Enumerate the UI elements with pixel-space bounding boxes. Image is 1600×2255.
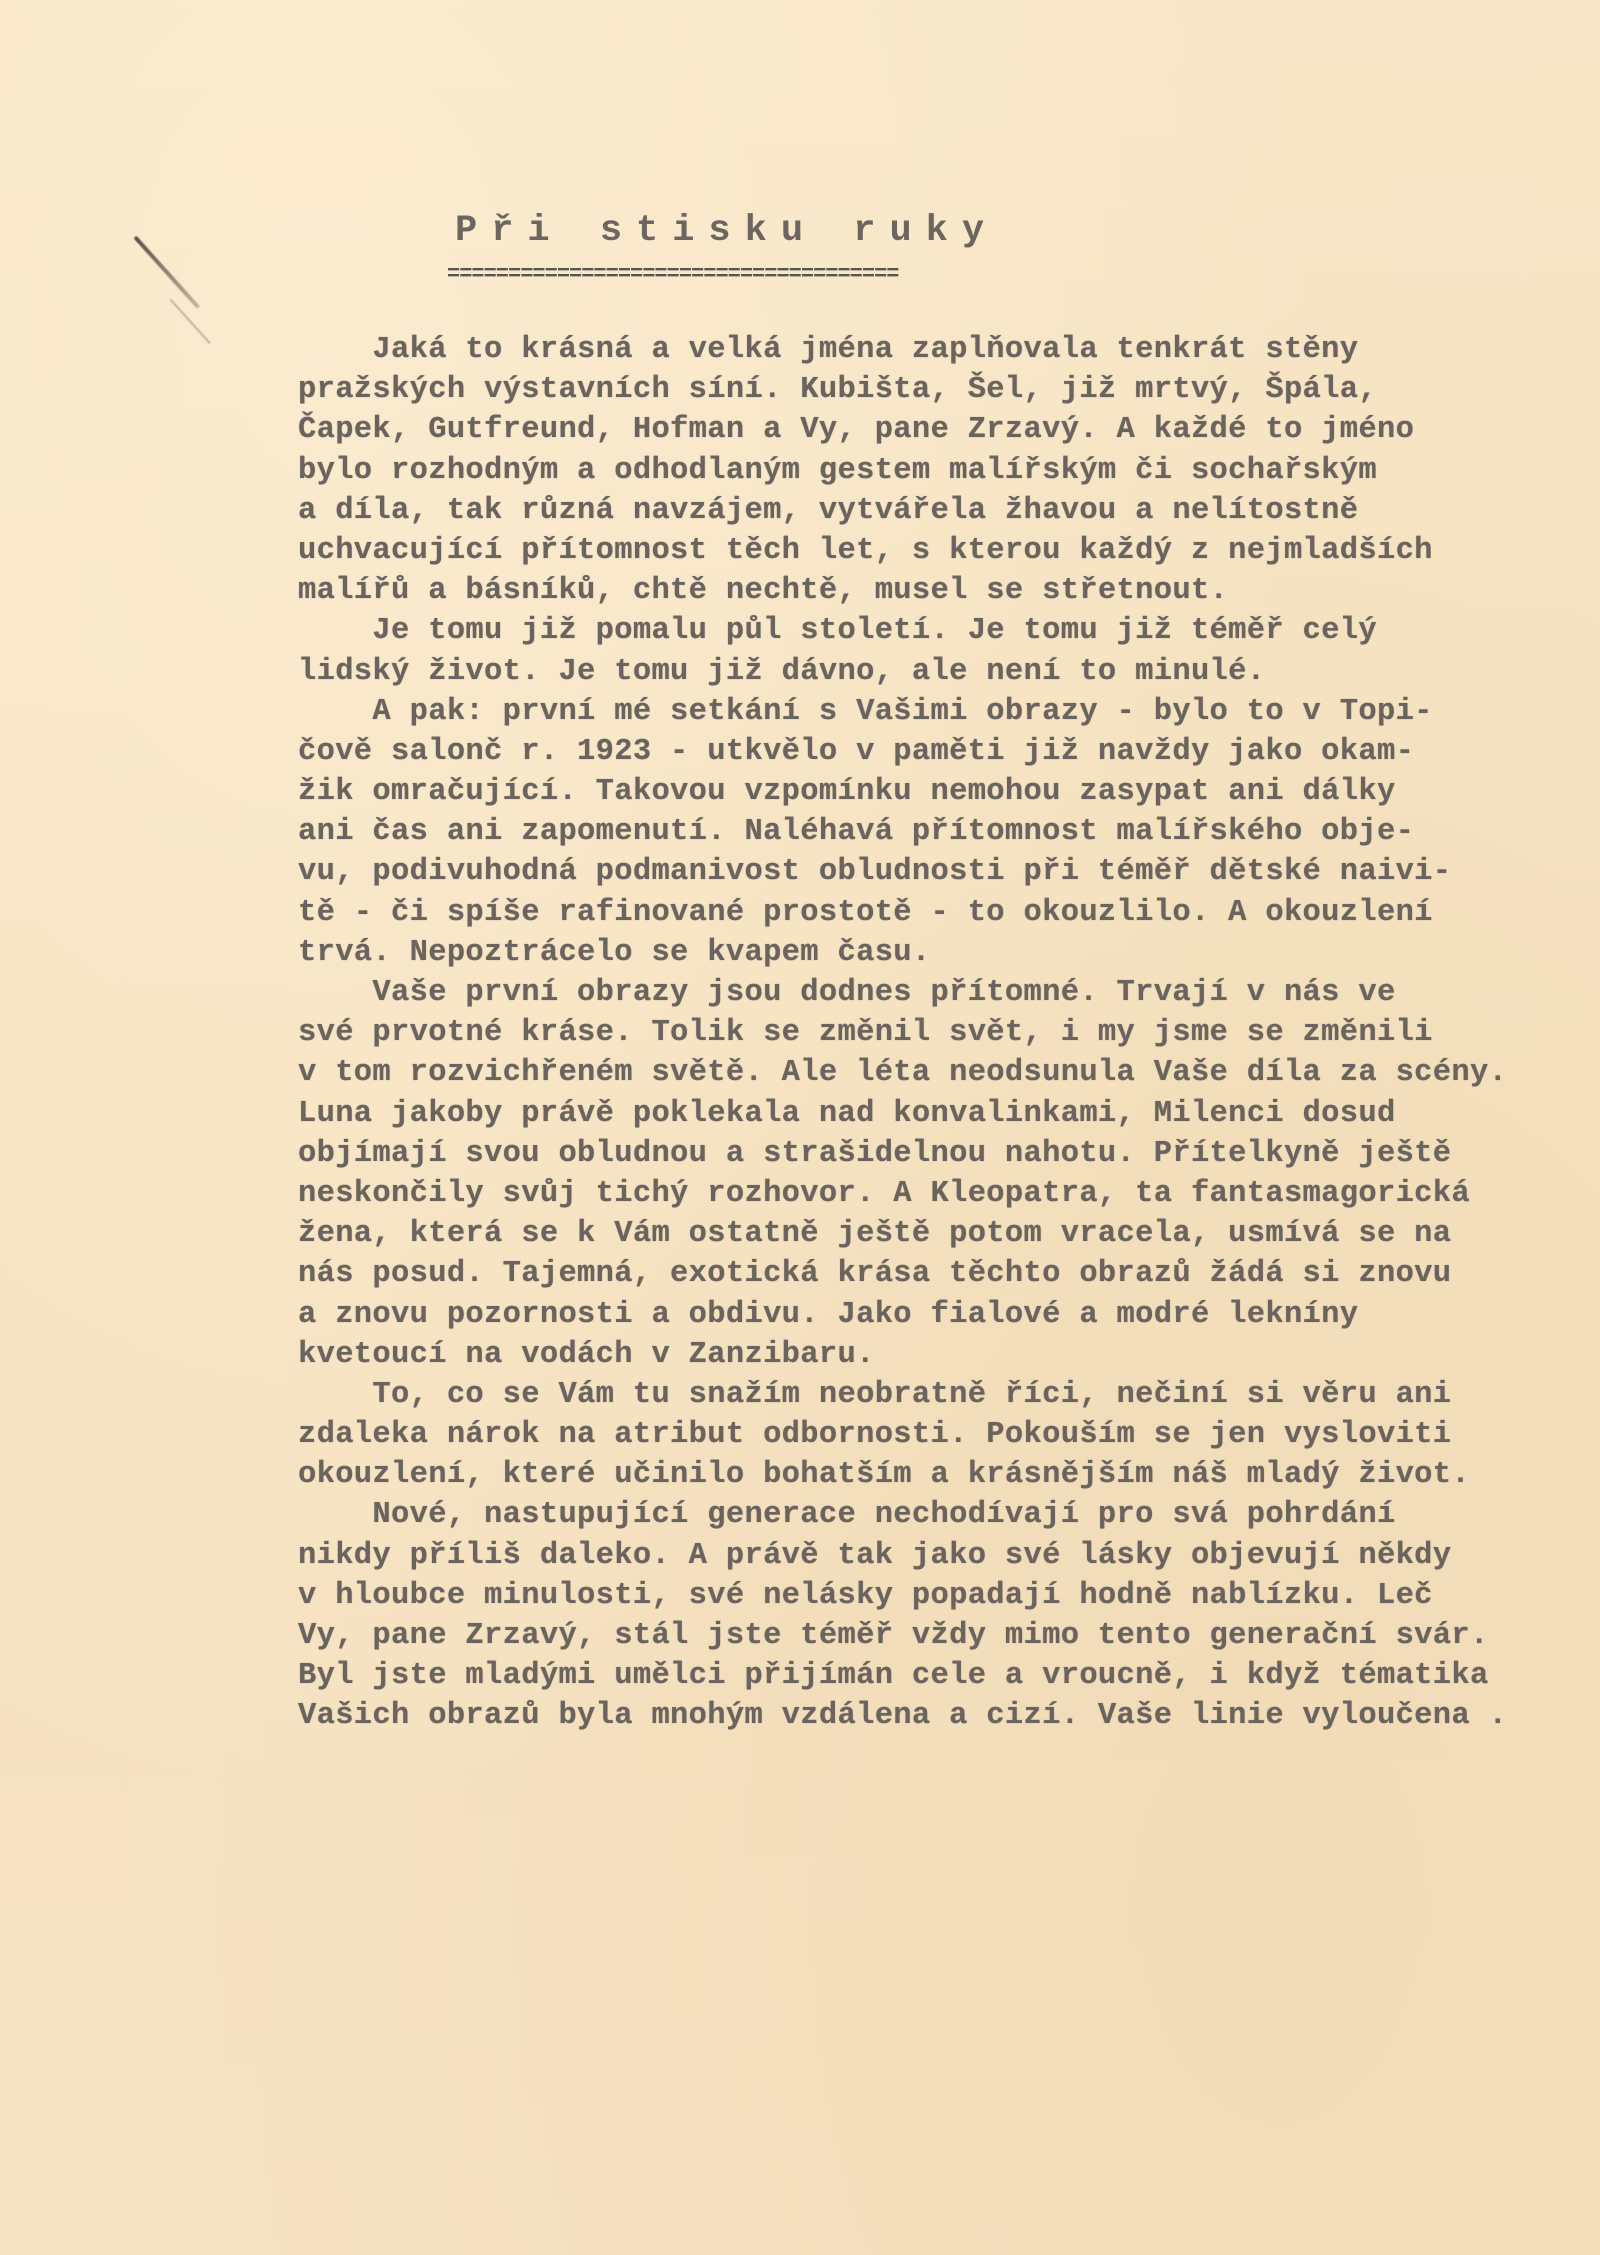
text-line: lidský život. Je tomu již dávno, ale nen… [298, 652, 1598, 692]
text-line: A pak: první mé setkání s Vašimi obrazy … [298, 692, 1598, 732]
text-line: a znovu pozornosti a obdivu. Jako fialov… [298, 1295, 1598, 1335]
text-line: Nové, nastupující generace nechodívají p… [298, 1495, 1598, 1535]
text-line: ani čas ani zapomenutí. Naléhavá přítomn… [298, 812, 1598, 852]
text-line: nás posud. Tajemná, exotická krása těcht… [298, 1254, 1598, 1294]
text-line: čově salonč r. 1923 - utkvělo v paměti j… [298, 732, 1598, 772]
text-line: Čapek, Gutfreund, Hofman a Vy, pane Zrza… [298, 410, 1598, 450]
document-title: Při stisku ruky [455, 210, 998, 252]
text-line: v hloubce minulosti, své nelásky popadaj… [298, 1576, 1598, 1616]
text-line: okouzlení, které učinilo bohatším a krás… [298, 1455, 1598, 1495]
text-line: kvetoucí na vodách v Zanzibaru. [298, 1335, 1598, 1375]
text-line: Jaká to krásná a velká jména zaplňovala … [298, 330, 1598, 370]
text-line: neskončily svůj tichý rozhovor. A Kleopa… [298, 1174, 1598, 1214]
text-line: trvá. Nepoztrácelo se kvapem času. [298, 933, 1598, 973]
text-line: Byl jste mladými umělci přijímán cele a … [298, 1656, 1598, 1696]
text-line: bylo rozhodným a odhodlaným gestem malíř… [298, 451, 1598, 491]
text-line: malířů a básníků, chtě nechtě, musel se … [298, 571, 1598, 611]
text-line: vu, podivuhodná podmanivost obludnosti p… [298, 852, 1598, 892]
text-line: uchvacující přítomnost těch let, s ktero… [298, 531, 1598, 571]
text-line: To, co se Vám tu snažím neobratně říci, … [298, 1375, 1598, 1415]
document-body: Jaká to krásná a velká jména zaplňovala … [298, 330, 1598, 1737]
text-line: a díla, tak různá navzájem, vytvářela žh… [298, 491, 1598, 531]
text-line: Vašich obrazů byla mnohým vzdálena a ciz… [298, 1696, 1598, 1736]
text-line: žena, která se k Vám ostatně ještě potom… [298, 1214, 1598, 1254]
text-line: své prvotné kráse. Tolik se změnil svět,… [298, 1013, 1598, 1053]
text-line: Vy, pane Zrzavý, stál jste téměř vždy mi… [298, 1616, 1598, 1656]
text-line: Je tomu již pomalu půl století. Je tomu … [298, 611, 1598, 651]
text-line: tě - či spíše rafinované prostotě - to o… [298, 893, 1598, 933]
title-underline: ===================================== [447, 262, 898, 287]
text-line: nikdy příliš daleko. A právě tak jako sv… [298, 1536, 1598, 1576]
text-line: pražských výstavních síní. Kubišta, Šel,… [298, 370, 1598, 410]
text-line: Luna jakoby právě poklekala nad konvalin… [298, 1094, 1598, 1134]
text-line: Vaše první obrazy jsou dodnes přítomné. … [298, 973, 1598, 1013]
text-line: objímají svou obludnou a strašidelnou na… [298, 1134, 1598, 1174]
text-line: v tom rozvichřeném světě. Ale léta neods… [298, 1053, 1598, 1093]
text-line: žik omračující. Takovou vzpomínku nemoho… [298, 772, 1598, 812]
text-line: zdaleka nárok na atribut odbornosti. Pok… [298, 1415, 1598, 1455]
